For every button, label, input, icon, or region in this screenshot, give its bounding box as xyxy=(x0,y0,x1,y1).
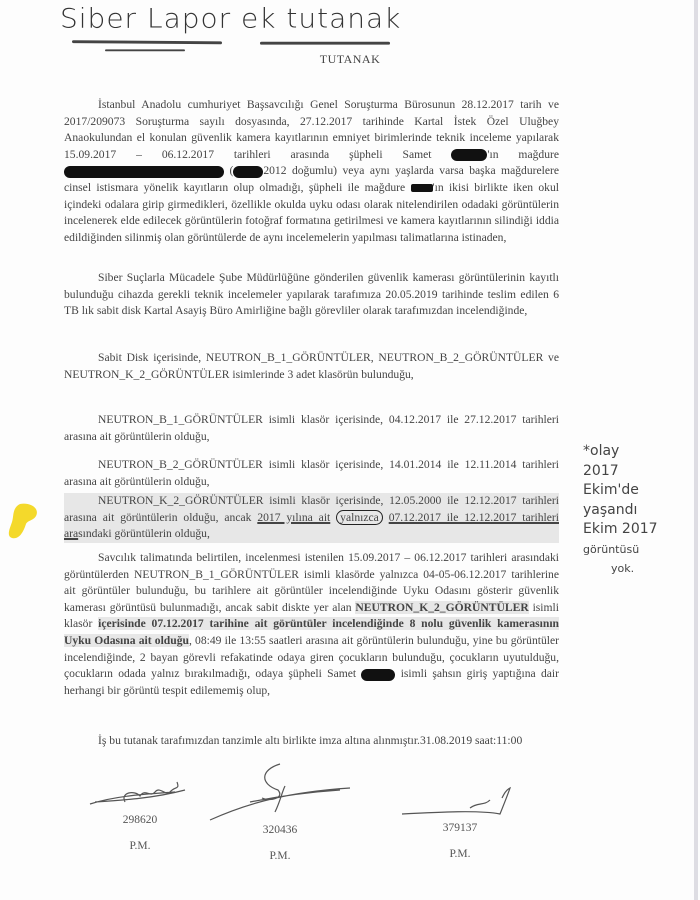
signature-icon xyxy=(85,772,195,812)
paragraph-5: NEUTRON_B_2_GÖRÜNTÜLER isimli klasör içe… xyxy=(64,457,559,490)
signature-icon xyxy=(400,784,520,820)
handwritten-header-text: Siber Lapor ek tutanak xyxy=(60,3,401,34)
underline xyxy=(72,40,222,44)
paragraph-1: İstanbul Anadolu cumhuriyet Başsavcılığı… xyxy=(64,97,559,246)
page-edge xyxy=(694,0,698,900)
redaction xyxy=(233,166,263,178)
paragraph-4: NEUTRON_B_1_GÖRÜNTÜLER isimli klasör içe… xyxy=(64,412,559,445)
handwritten-header: Siber Lapor ek tutanak xyxy=(60,3,401,34)
circled-word: yalnızca xyxy=(336,510,383,525)
underline xyxy=(105,49,185,51)
signature-block-1: 298620 P.M. xyxy=(85,772,195,852)
paragraph-3: Sabit Disk içerisinde, NEUTRON_B_1_GÖRÜN… xyxy=(64,350,559,383)
handwritten-side-note: *olay 2017 Ekim'de yaşandı Ekim 2017 gör… xyxy=(583,442,693,579)
paragraph-6: NEUTRON_K_2_GÖRÜNTÜLER isimli klasör içe… xyxy=(64,493,559,543)
signature-block-3: 379137 P.M. xyxy=(400,784,520,860)
redaction xyxy=(451,149,487,161)
underline xyxy=(260,42,390,45)
signature-block-2: 320436 P.M. xyxy=(200,762,360,862)
redaction xyxy=(361,669,395,681)
paragraph-2: Siber Suçlarla Mücadele Şube Müdürlüğüne… xyxy=(64,270,559,320)
redaction xyxy=(411,184,433,192)
paragraph-7: Savcılık talimatında belirtilen, incelen… xyxy=(64,550,559,699)
yellow-highlighter-mark xyxy=(6,502,42,542)
document-title: TUTANAK xyxy=(0,52,700,67)
paragraph-closing: İş bu tutanak tarafımızdan tanzimle altı… xyxy=(64,733,559,750)
redaction xyxy=(64,166,224,178)
signature-icon xyxy=(200,762,360,822)
